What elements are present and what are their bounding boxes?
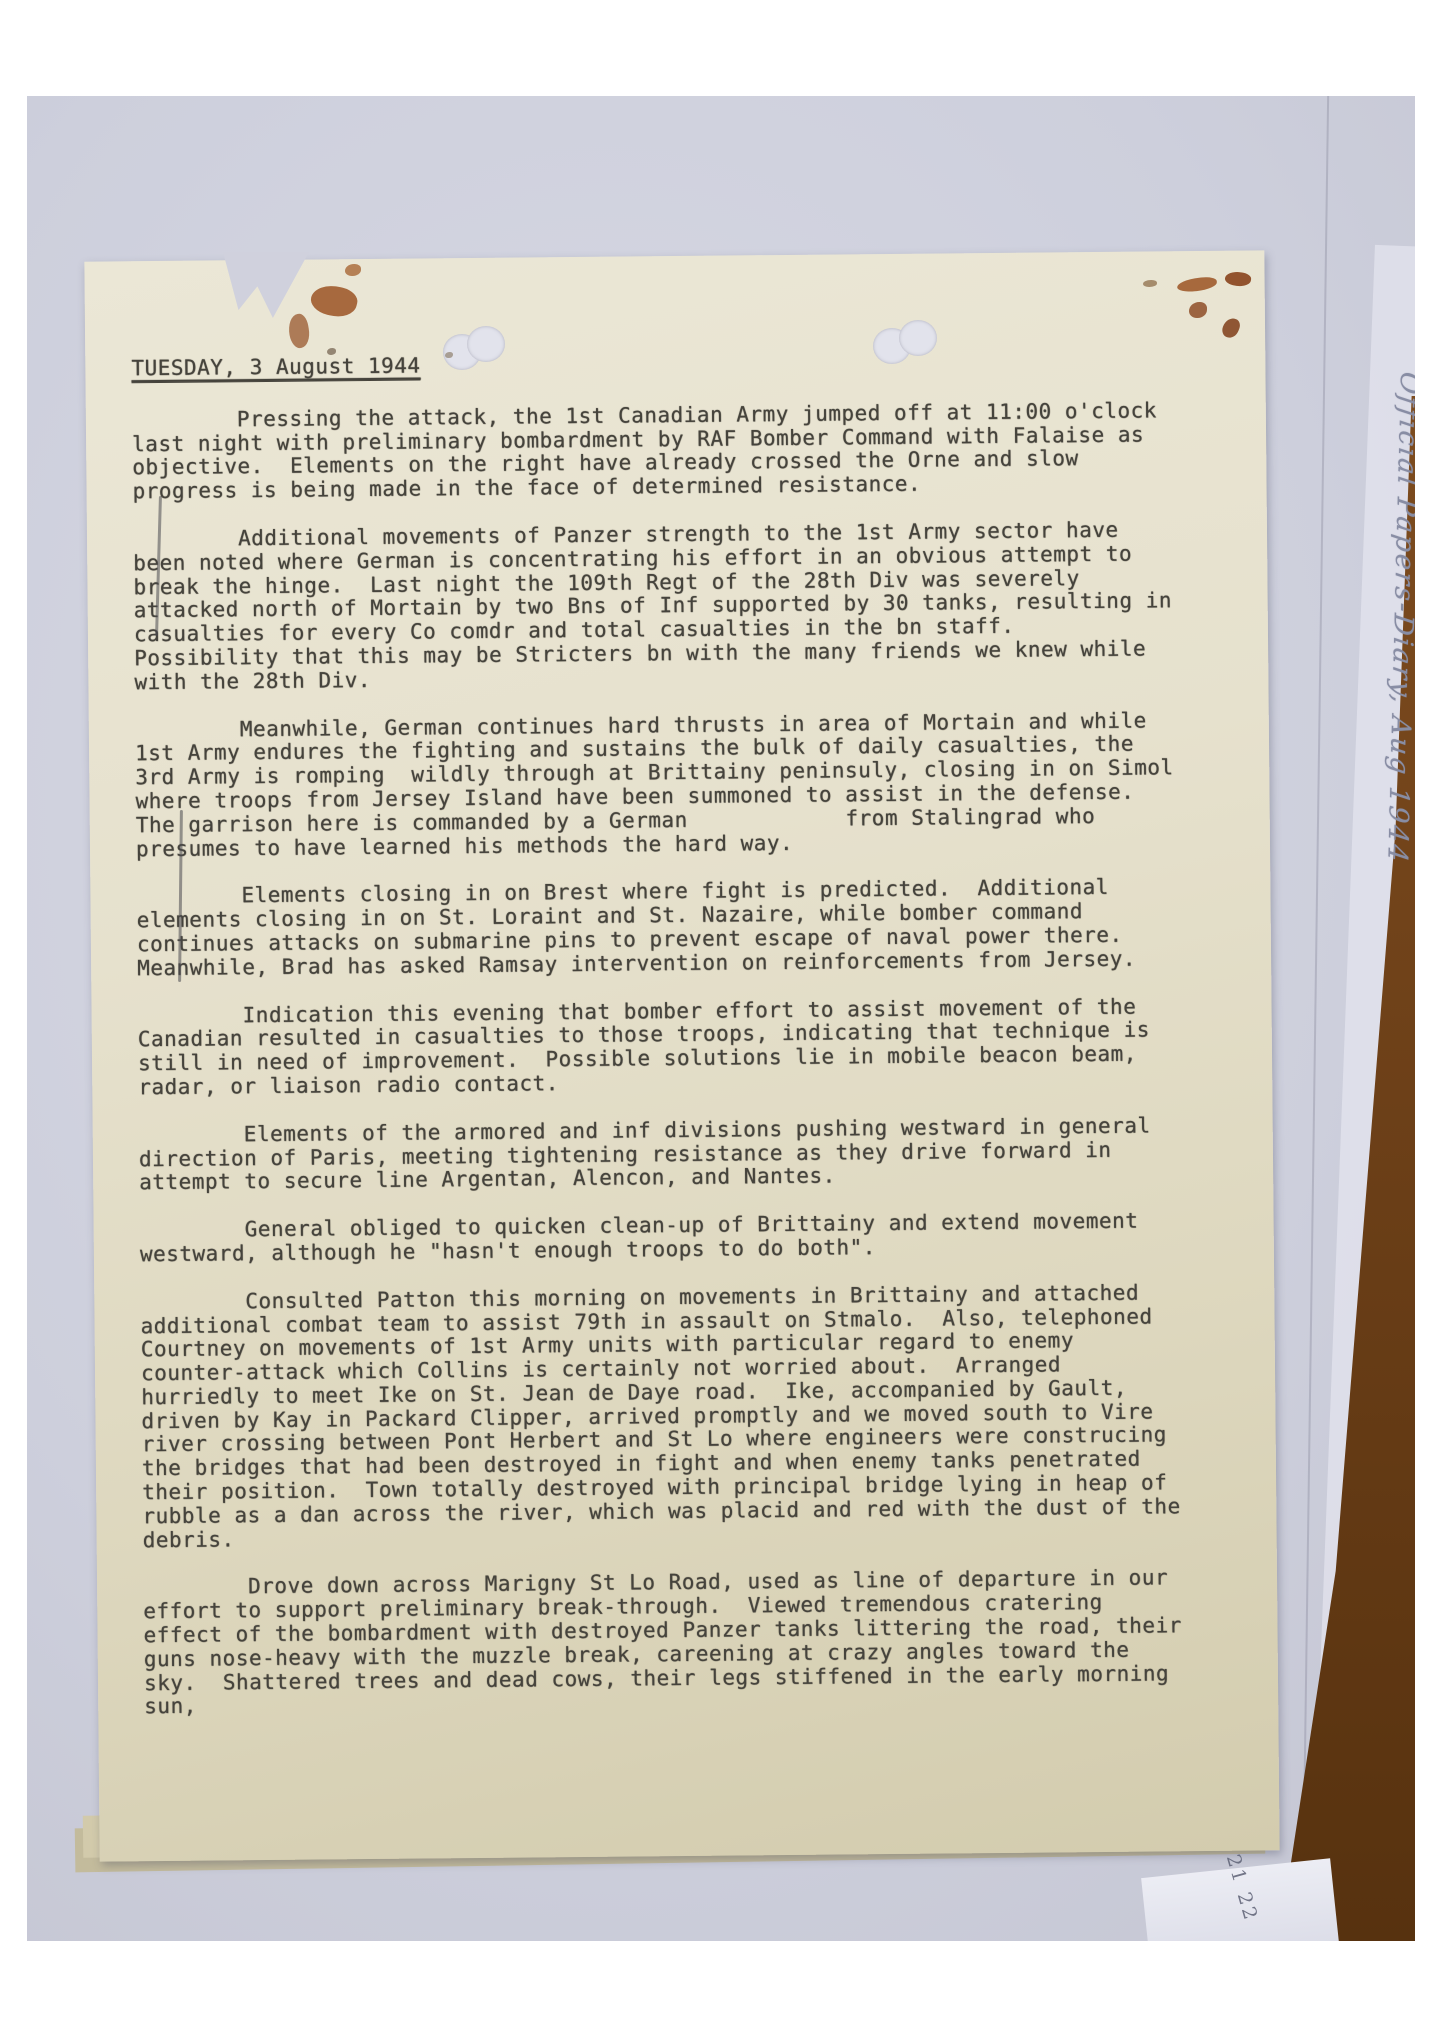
diary-paragraph: Additional movements of Panzer strength … xyxy=(133,518,1181,695)
punch-hole-left-b xyxy=(467,326,505,362)
diary-paragraph: General obliged to quicken clean-up of B… xyxy=(140,1209,1186,1267)
diary-paragraph: Indication this evening that bomber effo… xyxy=(137,995,1184,1100)
archive-photo: HANSEN ION Official Papers-Diary, Aug 19… xyxy=(27,96,1415,1941)
scanned-diary-page: { "photo": { "stamp": "HANSEN\nION", "ma… xyxy=(0,0,1440,2038)
diary-paragraph: Consulted Patton this morning on movemen… xyxy=(140,1281,1188,1553)
diary-paragraph: Meanwhile, German continues hard thrusts… xyxy=(135,709,1182,862)
diary-text-block: TUESDAY, 3 August 1944 Pressing the atta… xyxy=(131,347,1190,1743)
diary-paragraph: Drove down across Marigny St Lo Road, us… xyxy=(143,1567,1190,1720)
typed-diary-sheet: TUESDAY, 3 August 1944 Pressing the atta… xyxy=(84,250,1279,1861)
diary-paragraph: Elements closing in on Brest where fight… xyxy=(136,876,1183,981)
diary-body: Pressing the attack, the 1st Canadian Ar… xyxy=(132,399,1191,1719)
punch-hole-right-b xyxy=(899,320,937,356)
diary-date-title: TUESDAY, 3 August 1944 xyxy=(131,354,420,383)
diary-paragraph: Elements of the armored and inf division… xyxy=(139,1114,1186,1195)
diary-paragraph: Pressing the attack, the 1st Canadian Ar… xyxy=(132,399,1179,504)
